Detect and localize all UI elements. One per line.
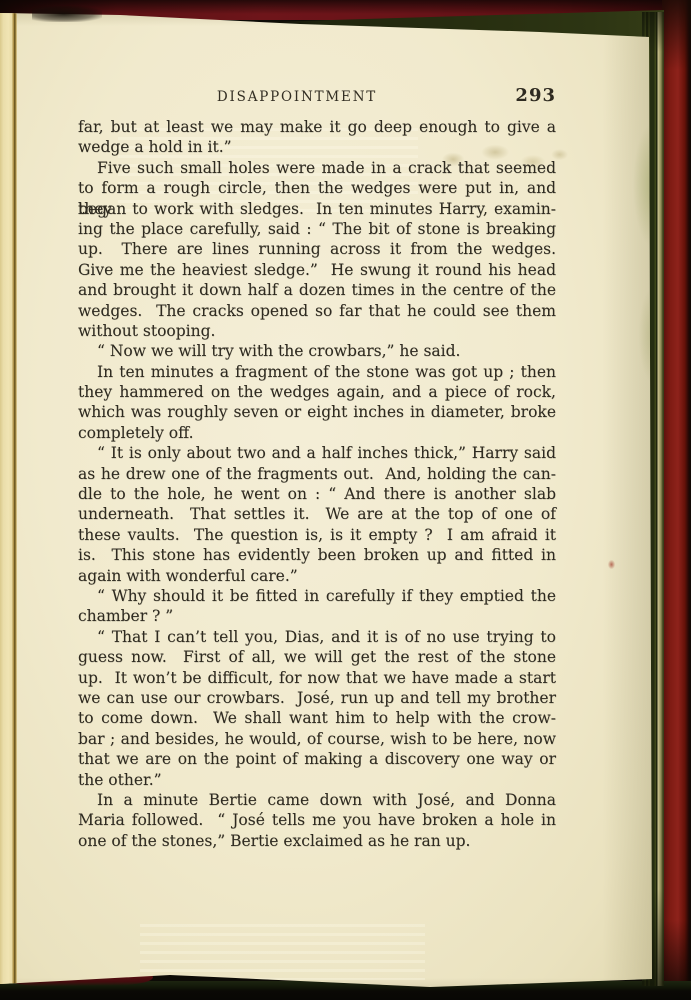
gutter-line bbox=[12, 0, 17, 1000]
text-line: far, but at least we may make it go deep… bbox=[78, 117, 556, 137]
text-line: In a minute Bertie came down with José, … bbox=[78, 790, 556, 810]
book-cover-right bbox=[662, 0, 691, 1000]
chapter-title: DISAPPOINTMENT bbox=[217, 89, 377, 105]
stain-right-smudge bbox=[596, 110, 654, 410]
text-line: chamber ? ” bbox=[78, 606, 556, 626]
text-line: up. It won’t be difficult, for now that … bbox=[78, 668, 556, 688]
text-line: Five such small holes were made in a cra… bbox=[78, 158, 556, 178]
corner-smudge bbox=[32, 6, 102, 22]
text-line: which was roughly seven or eight inches … bbox=[78, 402, 556, 422]
book-scan: DISAPPOINTMENT 293 far, but at least we … bbox=[0, 0, 691, 1000]
scan-streaks-bottom bbox=[140, 924, 425, 980]
text-line: to form a rough circle, then the wedges … bbox=[78, 178, 556, 198]
text-line: up. There are lines running across it fr… bbox=[78, 239, 556, 259]
text-line: wedge a hold in it.” bbox=[78, 137, 556, 157]
text-line: they hammered on the wedges again, and a… bbox=[78, 382, 556, 402]
text-line: is. This stone has evidently been broken… bbox=[78, 545, 556, 565]
text-line: without stooping. bbox=[78, 321, 556, 341]
text-line: “ Why should it be fitted in carefully i… bbox=[78, 586, 556, 606]
text-line: In ten minutes a fragment of the stone w… bbox=[78, 362, 556, 382]
text-line: as he drew one of the fragments out. And… bbox=[78, 464, 556, 484]
text-line: “ It is only about two and a half inches… bbox=[78, 443, 556, 463]
text-line: these vaults. The question is, is it emp… bbox=[78, 525, 556, 545]
text-line: wedges. The cracks opened so far that he… bbox=[78, 301, 556, 321]
text-line: completely off. bbox=[78, 423, 556, 443]
page-text: far, but at least we may make it go deep… bbox=[78, 117, 556, 851]
text-line: the other.” bbox=[78, 770, 556, 790]
text-line: guess now. First of all, we will get the… bbox=[78, 647, 556, 667]
text-line: began to work with sledges. In ten minut… bbox=[78, 199, 556, 219]
text-line: and brought it down half a dozen times i… bbox=[78, 280, 556, 300]
text-line: Give me the heaviest sledge.” He swung i… bbox=[78, 260, 556, 280]
text-line: to come down. We shall want him to help … bbox=[78, 708, 556, 728]
text-line: “ Now we will try with the crowbars,” he… bbox=[78, 341, 556, 361]
text-line: that we are on the point of making a dis… bbox=[78, 749, 556, 769]
page-number: 293 bbox=[515, 85, 556, 106]
text-line: again with wonderful care.” bbox=[78, 566, 556, 586]
text-line: dle to the hole, he went on : “ And ther… bbox=[78, 484, 556, 504]
text-line: underneath. That settles it. We are at t… bbox=[78, 504, 556, 524]
text-line: one of the stones,” Bertie exclaimed as … bbox=[78, 831, 556, 851]
text-line: bar ; and besides, he would, of course, … bbox=[78, 729, 556, 749]
stain-red-dot bbox=[608, 560, 615, 569]
page-content: DISAPPOINTMENT 293 far, but at least we … bbox=[78, 85, 556, 851]
book-page: DISAPPOINTMENT 293 far, but at least we … bbox=[0, 0, 662, 1000]
text-line: “ That I can’t tell you, Dias, and it is… bbox=[78, 627, 556, 647]
text-line: we can use our crowbars. José, run up an… bbox=[78, 688, 556, 708]
text-line: ing the place carefully, said : “ The bi… bbox=[78, 219, 556, 239]
running-head: DISAPPOINTMENT 293 bbox=[78, 85, 556, 104]
text-line: Maria followed. “ José tells me you have… bbox=[78, 810, 556, 830]
